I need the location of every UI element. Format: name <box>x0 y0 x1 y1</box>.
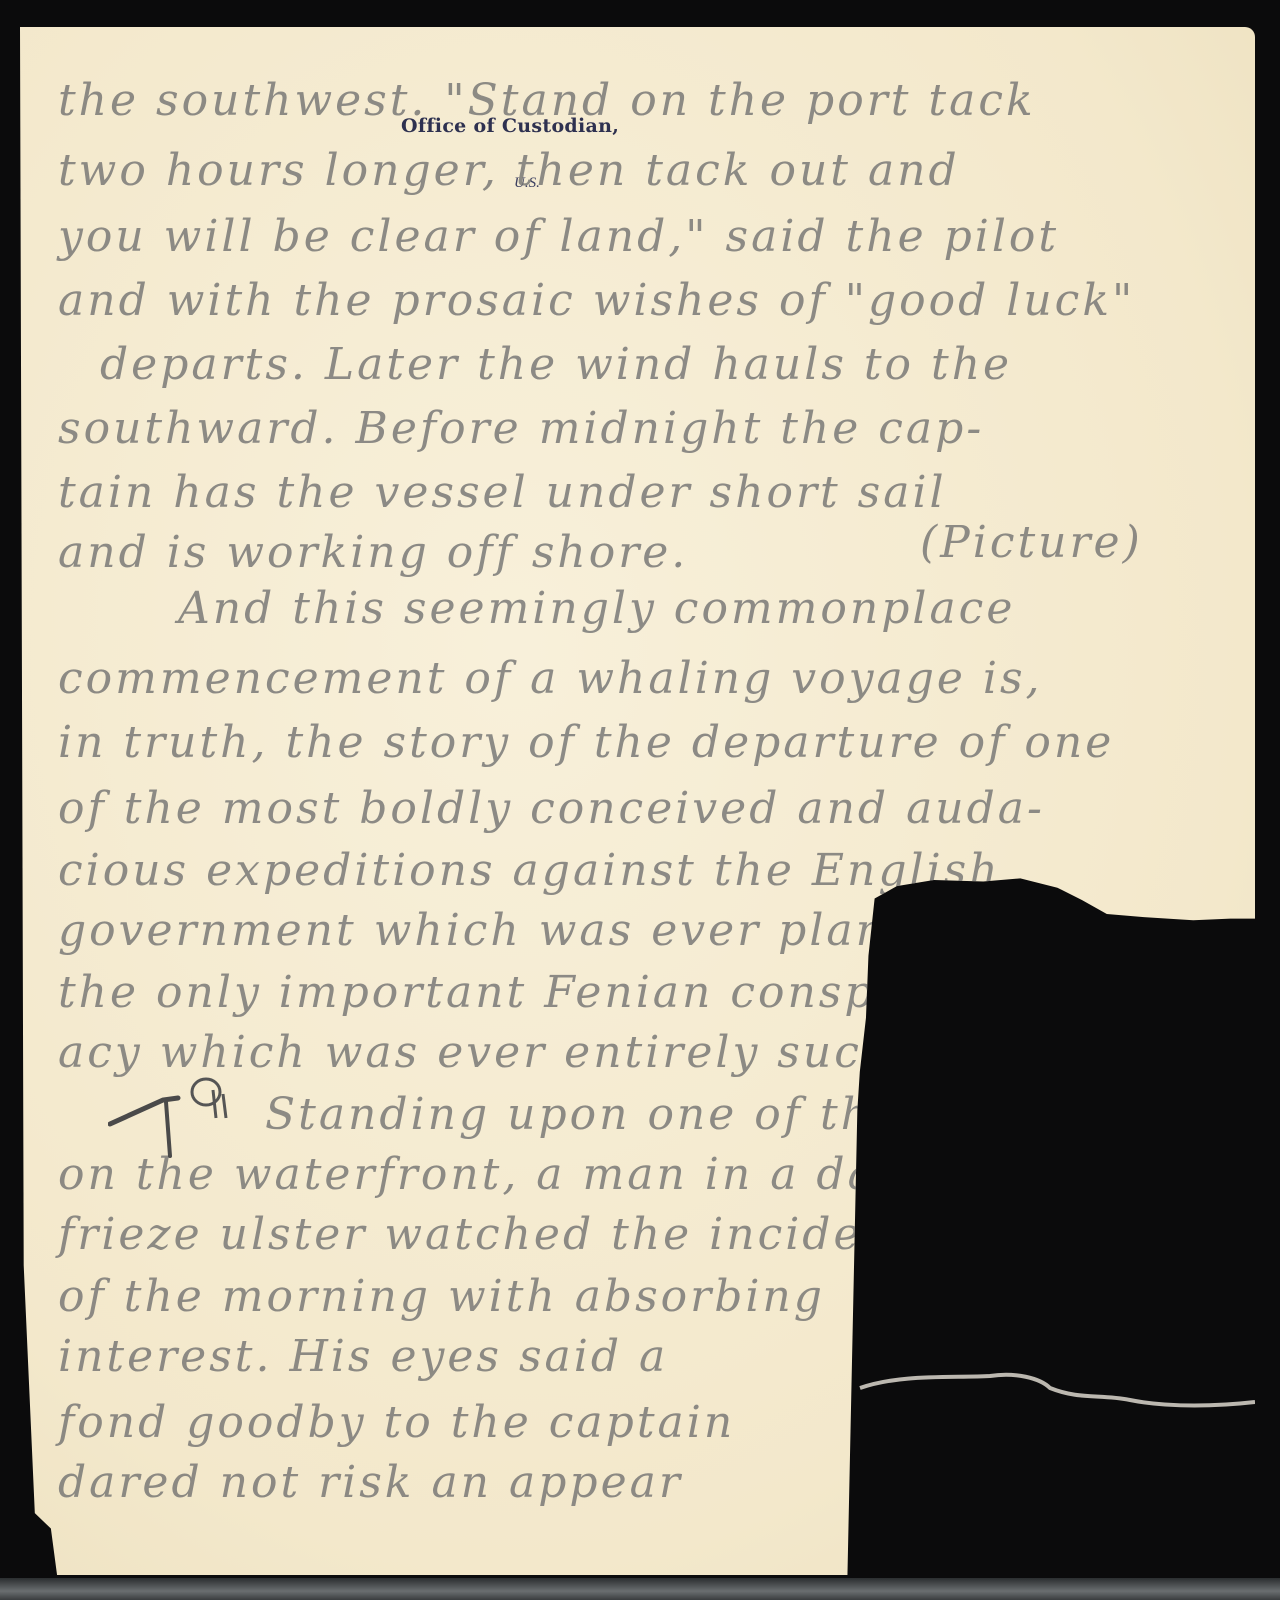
handwritten-line: frieze ulster watched the incidents <box>58 1209 940 1260</box>
handwritten-line: of the morning with absorbing <box>58 1271 825 1322</box>
handwritten-line: acy which was ever entirely successful. <box>58 1027 1054 1078</box>
handwritten-line: and with the prosaic wishes of "good luc… <box>58 275 1135 326</box>
handwritten-line: departs. Later the wind hauls to the <box>100 339 1012 390</box>
paragraph-mark-icon <box>108 1072 238 1162</box>
document-scan: Office of Custodian, U.S. the southwest.… <box>0 0 1280 1600</box>
handwritten-line: the only important Fenian conspir- <box>58 967 935 1018</box>
torn-edge <box>840 1370 1255 1410</box>
handwritten-line: and is working off shore. <box>58 527 688 578</box>
handwritten-line: southward. Before midnight the cap- <box>58 403 984 454</box>
handwritten-line: And this seemingly commonplace <box>178 583 1015 634</box>
handwritten-line: cious expeditions against the English <box>58 845 1001 896</box>
scanner-bed-edge <box>0 1578 1280 1600</box>
handwritten-line: interest. His eyes said a <box>58 1331 668 1382</box>
paper-sheet: Office of Custodian, U.S. the southwest.… <box>20 27 1255 1575</box>
handwritten-line: two hours longer, then tack out and <box>58 145 960 196</box>
handwritten-line: the southwest. "Stand on the port tack <box>58 75 1036 126</box>
handwritten-line: in truth, the story of the departure of … <box>58 717 1114 768</box>
picture-annotation: (Picture) <box>920 517 1143 568</box>
handwritten-line: you will be clear of land," said the pil… <box>58 211 1059 262</box>
handwritten-line: Standing upon one of the wharves <box>265 1089 1126 1140</box>
handwritten-line: government which was ever planned, — <box>58 905 1059 956</box>
handwritten-line: commencement of a whaling voyage is, <box>58 653 1043 704</box>
handwritten-line: of the most boldly conceived and auda- <box>58 783 1045 834</box>
handwritten-line: fond goodby to the captain <box>58 1397 735 1448</box>
handwritten-line: dared not risk an appear <box>58 1457 683 1508</box>
handwritten-line: tain has the vessel under short sail <box>58 467 947 518</box>
